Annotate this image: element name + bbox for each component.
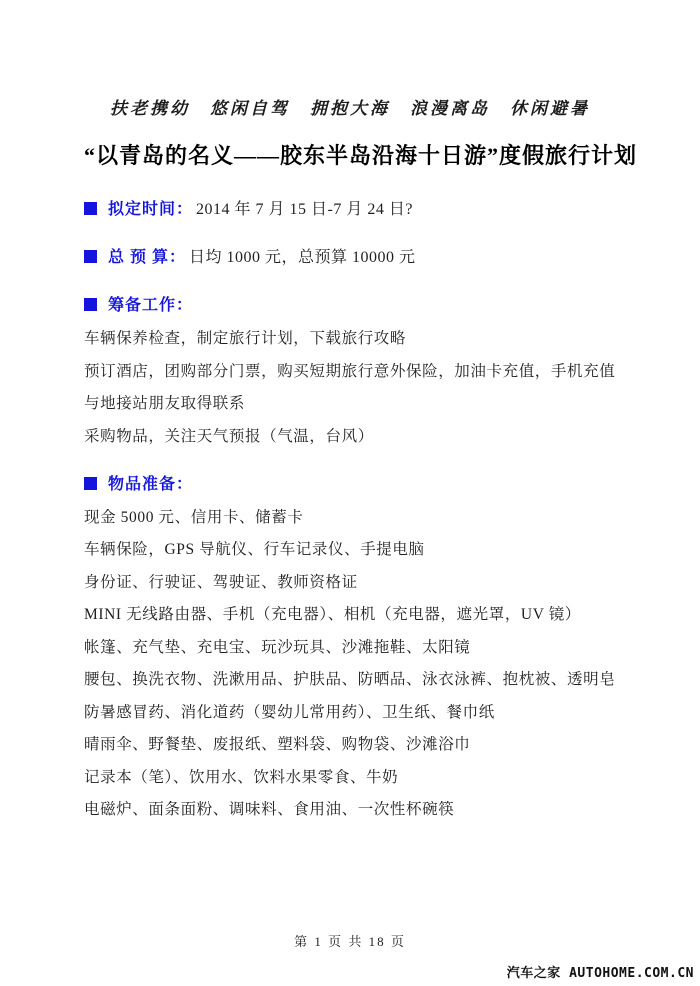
section-heading-preparation-work: 筹备工作： — [84, 296, 616, 316]
item-line: 现金 5000 元、信用卡、储蓄卡 — [84, 508, 616, 528]
item-line: 车辆保险，GPS 导航仪、行车记录仪、手提电脑 — [84, 540, 616, 560]
section-value: 2014 年 7 月 15 日-7 月 24 日? — [196, 201, 413, 218]
item-line: 身份证、行驶证、驾驶证、教师资格证 — [84, 573, 616, 593]
item-line: 电磁炉、面条面粉、调味料、食用油、一次性杯碗筷 — [84, 800, 616, 820]
item-line: 腰包、换洗衣物、洗漱用品、护肤品、防晒品、泳衣泳裤、抱枕被、透明皂 — [84, 670, 616, 690]
item-line: 记录本（笔）、饮用水、饮料水果零食、牛奶 — [84, 768, 616, 788]
section-value: 日均 1000 元，总预算 10000 元 — [189, 249, 416, 266]
section-label: 拟定时间： — [108, 201, 193, 218]
section-heading-items-to-pack: 物品准备： — [84, 475, 616, 495]
tagline: 扶老携幼 悠闲自驾 拥抱大海 浪漫离岛 休闲避暑 — [84, 98, 616, 120]
item-line: 晴雨伞、野餐垫、废报纸、塑料袋、购物袋、沙滩浴巾 — [84, 735, 616, 755]
square-bullet-icon — [84, 250, 97, 263]
watermark-autohome: 汽车之家 AUTOHOME.COM.CN — [507, 962, 694, 981]
prep-line: 车辆保养检查，制定旅行计划，下载旅行攻略 — [84, 329, 616, 349]
item-line: 防暑感冒药、消化道药（婴幼儿常用药）、卫生纸、餐巾纸 — [84, 703, 616, 723]
section-label: 筹备工作： — [108, 297, 193, 314]
prep-line: 预订酒店，团购部分门票，购买短期旅行意外保险，加油卡充值，手机充值 — [84, 362, 616, 382]
prep-line: 采购物品，关注天气预报（气温，台风） — [84, 427, 616, 447]
document-page: 扶老携幼 悠闲自驾 拥抱大海 浪漫离岛 休闲避暑 “以青岛的名义——胶东半岛沿海… — [0, 0, 700, 986]
item-line: 帐篷、充气垫、充电宝、玩沙玩具、沙滩拖鞋、太阳镜 — [84, 638, 616, 658]
square-bullet-icon — [84, 477, 97, 490]
page-number: 第 1 页 共 18 页 — [0, 931, 700, 950]
document-title: “以青岛的名义——胶东半岛沿海十日游”度假旅行计划 — [84, 140, 616, 172]
square-bullet-icon — [84, 202, 97, 215]
section-label: 总 预 算： — [108, 249, 186, 266]
square-bullet-icon — [84, 298, 97, 311]
section-heading-total-budget: 总 预 算：日均 1000 元，总预算 10000 元 — [84, 248, 616, 268]
item-line: MINI 无线路由器、手机（充电器）、相机（充电器，遮光罩，UV 镜） — [84, 605, 616, 625]
section-heading-planned-time: 拟定时间：2014 年 7 月 15 日-7 月 24 日? — [84, 200, 616, 220]
section-label: 物品准备： — [108, 476, 193, 493]
prep-line: 与地接站朋友取得联系 — [84, 394, 616, 414]
document-content: 扶老携幼 悠闲自驾 拥抱大海 浪漫离岛 休闲避暑 “以青岛的名义——胶东半岛沿海… — [0, 0, 700, 820]
